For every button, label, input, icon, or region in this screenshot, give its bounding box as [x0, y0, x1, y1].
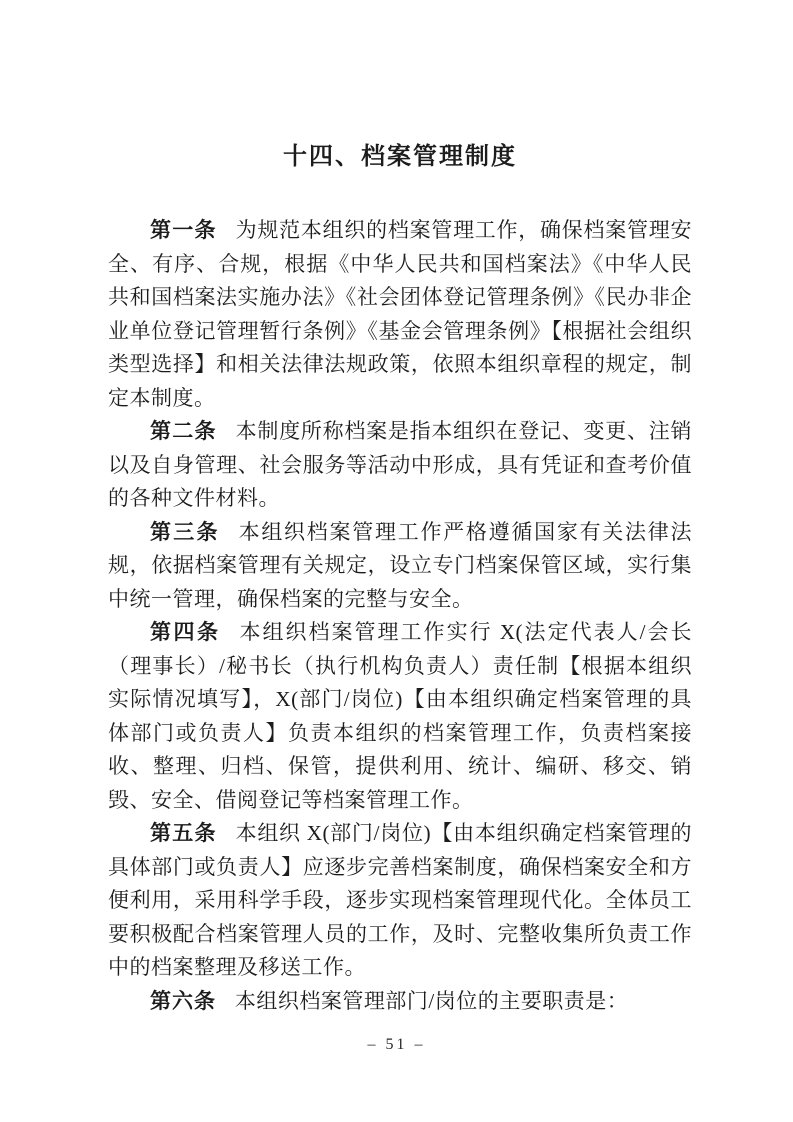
article-paragraph-1: 第一条为规范本组织的档案管理工作，确保档案管理安全、有序、合规，根据《中华人民共…: [108, 214, 692, 415]
document-title: 十四、档案管理制度: [108, 142, 692, 172]
article-paragraph-6: 第六条本组织档案管理部门/岗位的主要职责是：: [108, 985, 692, 1019]
article-paragraph-4: 第四条本组织档案管理工作实行 X(法定代表人/会长（理事长）/秘书长（执行机构负…: [108, 616, 692, 817]
document-page: 十四、档案管理制度 第一条为规范本组织的档案管理工作，确保档案管理安全、有序、合…: [0, 0, 793, 1122]
article-label-2: 第二条: [150, 420, 217, 443]
article-label-4: 第四条: [150, 621, 221, 644]
document-content: 十四、档案管理制度 第一条为规范本组织的档案管理工作，确保档案管理安全、有序、合…: [108, 0, 692, 1018]
page-number: – 51 –: [0, 1036, 793, 1054]
article-text-1: 为规范本组织的档案管理工作，确保档案管理安全、有序、合规，根据《中华人民共和国档…: [108, 218, 692, 410]
article-text-6: 本组织档案管理部门/岗位的主要职责是：: [235, 989, 628, 1013]
article-label-3: 第三条: [150, 521, 220, 544]
article-label-1: 第一条: [150, 219, 217, 242]
article-label-5: 第五条: [150, 822, 217, 845]
article-text-4: 本组织档案管理工作实行 X(法定代表人/会长（理事长）/秘书长（执行机构负责人）…: [108, 620, 692, 812]
article-paragraph-3: 第三条本组织档案管理工作严格遵循国家有关法律法规，依据档案管理有关规定，设立专门…: [108, 516, 692, 617]
article-label-6: 第六条: [150, 990, 216, 1013]
article-paragraph-5: 第五条本组织 X(部门/岗位)【由本组织确定档案管理的具体部门或负责人】应逐步完…: [108, 817, 692, 985]
article-paragraph-2: 第二条本制度所称档案是指本组织在登记、变更、注销以及自身管理、社会服务等活动中形…: [108, 415, 692, 516]
